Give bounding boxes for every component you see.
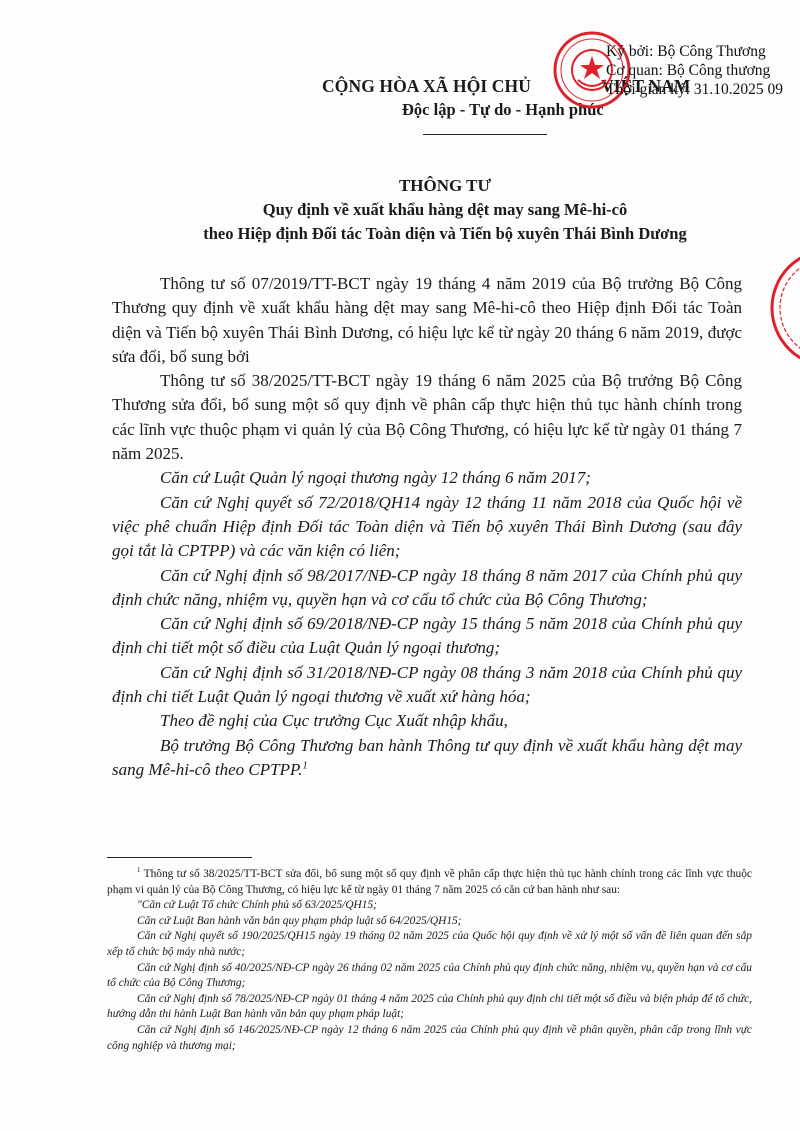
document-type: THÔNG TƯ bbox=[45, 176, 800, 196]
footnote-ref[interactable]: 1 bbox=[302, 760, 307, 771]
footnote-paragraph: Căn cứ Nghị định số 78/2025/NĐ-CP ngày 0… bbox=[107, 992, 752, 1023]
motto-underline bbox=[423, 134, 547, 135]
body-paragraph: Thông tư số 38/2025/TT-BCT ngày 19 tháng… bbox=[112, 369, 742, 466]
legal-basis: Căn cứ Luật Quản lý ngoại thương ngày 12… bbox=[112, 466, 742, 490]
document-body: Thông tư số 07/2019/TT-BCT ngày 19 tháng… bbox=[112, 272, 742, 782]
issuance-line: Bộ trưởng Bộ Công Thương ban hành Thông … bbox=[112, 734, 742, 783]
footnote-paragraph: Căn cứ Nghị định số 40/2025/NĐ-CP ngày 2… bbox=[107, 961, 752, 992]
legal-basis: Căn cứ Nghị định số 98/2017/NĐ-CP ngày 1… bbox=[112, 564, 742, 613]
partial-seal-icon bbox=[760, 248, 800, 368]
footnote-marker: 1 bbox=[137, 867, 140, 874]
body-paragraph: Thông tư số 07/2019/TT-BCT ngày 19 tháng… bbox=[112, 272, 742, 369]
signing-agency: Cơ quan: Bộ Công thương bbox=[606, 61, 783, 80]
signing-time: Thời gian ký: 31.10.2025 09 bbox=[606, 80, 783, 99]
footnote-paragraph: Căn cứ Nghị định số 146/2025/NĐ-CP ngày … bbox=[107, 1023, 752, 1054]
footnote-paragraph: Căn cứ Luật Ban hành văn bản quy phạm ph… bbox=[107, 914, 752, 930]
footnote: 1 Thông tư số 38/2025/TT-BCT sửa đổi, bổ… bbox=[107, 867, 752, 1054]
nation-name-left: CỘNG HÒA XÃ HỘI CHỦ bbox=[322, 76, 531, 96]
footnote-separator bbox=[107, 857, 252, 858]
legal-basis: Căn cứ Nghị định số 69/2018/NĐ-CP ngày 1… bbox=[112, 612, 742, 661]
legal-basis: Căn cứ Nghị định số 31/2018/NĐ-CP ngày 0… bbox=[112, 661, 742, 710]
footnote-paragraph: Căn cứ Nghị quyết số 190/2025/QH15 ngày … bbox=[107, 929, 752, 960]
proposal-line: Theo đề nghị của Cục trưởng Cục Xuất nhậ… bbox=[112, 709, 742, 733]
document-page: CỘNG HÒA XÃ HỘI CHỦVIỆT NAM Độc lập - Tự… bbox=[0, 0, 800, 1131]
footnote-text: Thông tư số 38/2025/TT-BCT sửa đổi, bổ s… bbox=[107, 868, 752, 896]
document-title-line-2: theo Hiệp định Đối tác Toàn diện và Tiến… bbox=[45, 224, 800, 244]
footnote-paragraph: 1 Thông tư số 38/2025/TT-BCT sửa đổi, bổ… bbox=[107, 867, 752, 898]
legal-basis: Căn cứ Nghị quyết số 72/2018/QH14 ngày 1… bbox=[112, 491, 742, 564]
footnote-paragraph: "Căn cứ Luật Tổ chức Chính phủ số 63/202… bbox=[107, 898, 752, 914]
signed-by: Ký bởi: Bộ Công Thương bbox=[606, 42, 783, 61]
digital-signature-block: Ký bởi: Bộ Công Thương Cơ quan: Bộ Công … bbox=[606, 42, 783, 99]
document-title-line-1: Quy định về xuất khẩu hàng dệt may sang … bbox=[45, 200, 800, 220]
issuance-text: Bộ trưởng Bộ Công Thương ban hành Thông … bbox=[112, 736, 742, 779]
